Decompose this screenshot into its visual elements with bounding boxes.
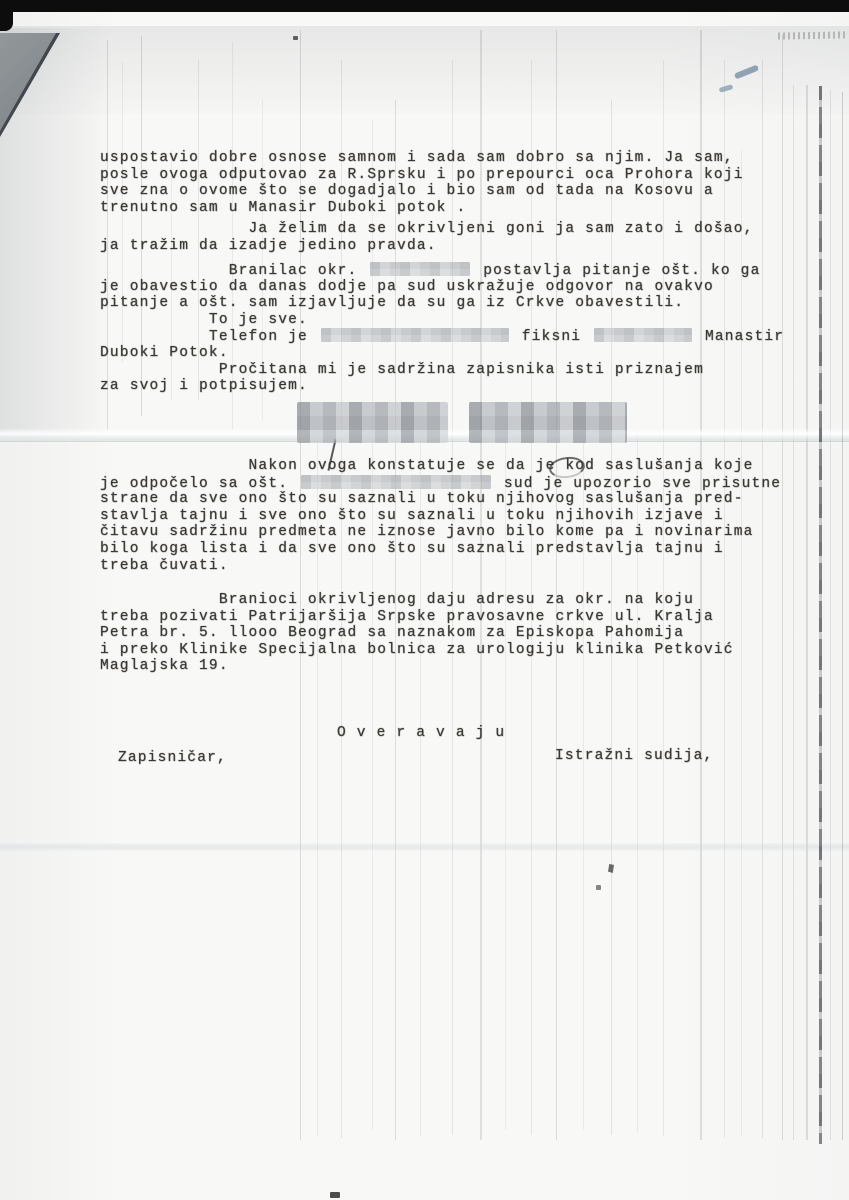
text-segment: To je sve. <box>100 312 308 329</box>
text-line: i preko Klinike Specijalna bolnica za ur… <box>100 642 734 659</box>
text-segment: stavlja tajnu i sve ono što su saznali u… <box>100 508 724 525</box>
text-line: Branilac okr. postavlja pitanje ošt. ko … <box>100 262 784 279</box>
text-line: pitanje a ošt. sam izjavljuje da su ga i… <box>100 295 784 312</box>
text-segment: za svoj i potpisujem. <box>100 378 308 395</box>
scanned-page: uspostavio dobre osnose samnom i sada sa… <box>0 0 849 1200</box>
text-segment: Nakon ovoga konstatuje se da je kod sasl… <box>100 458 754 475</box>
paragraph: Ja želim da se okrivljeni goni ja sam za… <box>100 221 754 254</box>
text-line: treba pozivati Patrijaršija Srpske pravo… <box>100 609 734 626</box>
text-line: Petra br. 5. llooo Beograd sa naznakom z… <box>100 625 734 642</box>
paragraph: Branilac okr. postavlja pitanje ošt. ko … <box>100 262 784 395</box>
text-segment: bilo koga lista i da sve ono što su sazn… <box>100 541 724 558</box>
text-segment: treba pozivati Patrijaršija Srpske pravo… <box>100 609 714 626</box>
text-line: Pročitana mi je sadržina zapisnika isti … <box>100 362 784 379</box>
text-line: posle ovoga odputovao za R.Sprsku i po p… <box>100 167 744 184</box>
text-line: treba čuvati. <box>100 558 781 575</box>
closing-overavaju-label: O v e r a v a j u <box>337 725 505 741</box>
text-segment: je odpočelo sa ošt. <box>100 476 298 493</box>
text-line: strane da sve ono što su saznali u toku … <box>100 491 781 508</box>
text-segment: čitavu sadržinu predmeta ne iznose javno… <box>100 524 754 541</box>
text-segment: je obavestio da danas dodje pa sud uskra… <box>100 279 714 296</box>
paragraph: Nakon ovoga konstatuje se da je kod sasl… <box>100 458 781 574</box>
text-segment: strane da sve ono što su saznali u toku … <box>100 491 744 508</box>
text-segment: Maglajska 19. <box>100 658 229 675</box>
text-segment: pitanje a ošt. sam izjavljuje da su ga i… <box>100 295 684 312</box>
text-line: čitavu sadržinu predmeta ne iznose javno… <box>100 524 781 541</box>
redaction-telefon-fiksni <box>594 328 692 342</box>
text-line: uspostavio dobre osnose samnom i sada sa… <box>100 150 744 167</box>
redaction-ostecena-ime <box>301 475 491 489</box>
text-segment: Manastir <box>695 329 784 346</box>
text-segment: posle ovoga odputovao za R.Sprsku i po p… <box>100 167 744 184</box>
text-line: bilo koga lista i da sve ono što su sazn… <box>100 541 781 558</box>
text-line: je obavestio da danas dodje pa sud uskra… <box>100 279 784 296</box>
text-line: Nakon ovoga konstatuje se da je kod sasl… <box>100 458 781 475</box>
text-line: ja tražim da izadje jedino pravda. <box>100 238 754 255</box>
redaction-branilac-ime <box>370 262 470 276</box>
closing-istrazni-sudija-label: Istražni sudija, <box>555 748 713 764</box>
text-line: je odpočelo sa ošt. sud je upozorio sve … <box>100 475 781 492</box>
text-segment: Branioci okrivljenog daju adresu za okr.… <box>100 592 694 609</box>
text-line: Branioci okrivljenog daju adresu za okr.… <box>100 592 734 609</box>
text-segment: ja tražim da izadje jedino pravda. <box>100 238 437 255</box>
text-line: To je sve. <box>100 312 784 329</box>
redaction-telefon-mobilni <box>321 328 509 342</box>
text-segment: Ja želim da se okrivljeni goni ja sam za… <box>100 221 754 238</box>
text-segment: Duboki Potok. <box>100 345 229 362</box>
text-line: Duboki Potok. <box>100 345 784 362</box>
text-segment: Telefon je <box>100 329 318 346</box>
paragraph: Branioci okrivljenog daju adresu za okr.… <box>100 592 734 675</box>
text-segment: uspostavio dobre osnose samnom i sada sa… <box>100 150 734 167</box>
redaction-signature-left <box>297 402 448 443</box>
text-segment: postavlja pitanje ošt. ko ga <box>473 263 760 280</box>
text-segment: treba čuvati. <box>100 558 229 575</box>
text-line: Maglajska 19. <box>100 658 734 675</box>
text-line: stavlja tajnu i sve ono što su saznali u… <box>100 508 781 525</box>
closing-zapisnicar-label: Zapisničar, <box>118 750 227 766</box>
text-segment: Branilac okr. <box>100 263 367 280</box>
text-segment: Petra br. 5. llooo Beograd sa naznakom z… <box>100 625 684 642</box>
text-line: Telefon je fiksni Manastir <box>100 328 784 345</box>
text-segment: Pročitana mi je sadržina zapisnika isti … <box>100 362 704 379</box>
text-segment: i preko Klinike Specijalna bolnica za ur… <box>100 642 734 659</box>
paragraph: uspostavio dobre osnose samnom i sada sa… <box>100 150 744 216</box>
text-line: trenutno sam u Manasir Duboki potok . <box>100 200 744 217</box>
text-segment: trenutno sam u Manasir Duboki potok . <box>100 200 466 217</box>
text-segment: sve zna o ovome što se dogadjalo i bio s… <box>100 183 714 200</box>
text-line: sve zna o ovome što se dogadjalo i bio s… <box>100 183 744 200</box>
text-line: za svoj i potpisujem. <box>100 378 784 395</box>
text-segment: fiksni <box>512 329 591 346</box>
text-segment: sud je upozorio sve prisutne <box>494 476 781 493</box>
text-layer: uspostavio dobre osnose samnom i sada sa… <box>0 0 849 1200</box>
redaction-signature-right <box>469 402 627 443</box>
text-line: Ja želim da se okrivljeni goni ja sam za… <box>100 221 754 238</box>
